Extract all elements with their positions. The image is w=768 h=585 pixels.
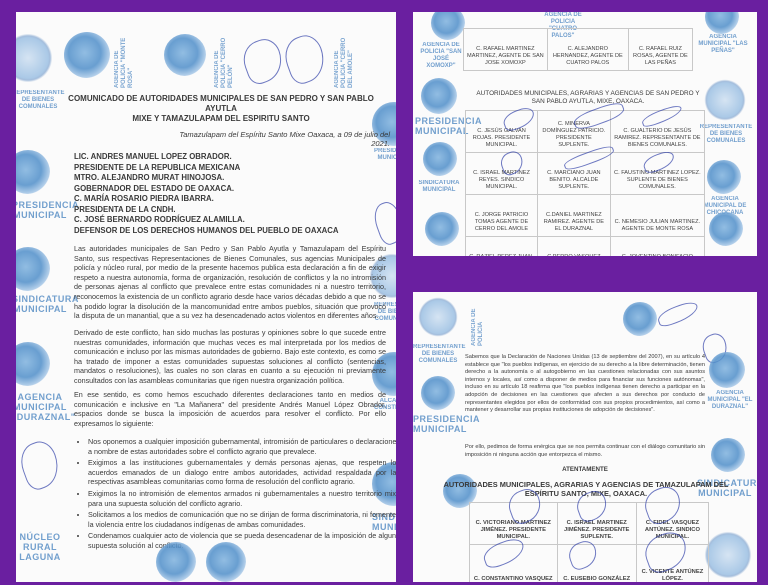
table-row: C. RAZIEL PEREZ JUAN. AGENTA DE CERRO PE… (466, 237, 705, 257)
table-row: C. JORGE PATRICIO TOMAS AGENTE DE CERRO … (466, 195, 705, 237)
signatures-page-ayutla: AGENCIA DE POLICIA "SAN JOSÉ XOMOXP" AGE… (413, 12, 757, 256)
document-date: Tamazulapam del Espíritu Santo Mixe Oaxa… (166, 130, 390, 148)
stamp-agencia-de-policia: AGENCIA DE POLICIA (471, 298, 485, 346)
signatory-cell: C.PEDRO VASQUEZ JIMENEZ. REP. NUCLEO LA … (538, 237, 611, 257)
list-item: Condenamos cualquier acto de violencia q… (88, 531, 396, 550)
paragraph: Las autoridades municipales de San Pedro… (74, 244, 386, 321)
signatory-cell: C. RAZIEL PEREZ JUAN. AGENTA DE CERRO PE… (466, 237, 538, 257)
stamp-presidencia-municipal: PRESIDENCIA MUNICIPAL (413, 414, 463, 434)
eagle-seal-icon (16, 150, 50, 194)
stamp-agencia-las-penas: AGENCIA MUNICIPAL "LAS PEÑAS" (697, 34, 749, 55)
signatories-heading: AUTORIDADES MUNICIPALES, AGRARIAS Y AGEN… (473, 90, 703, 106)
paragraph: Sabemos que la Declaración de Naciones U… (465, 354, 705, 415)
tierra-y-libertad-seal-icon (703, 78, 747, 122)
tierra-y-libertad-seal-icon (16, 32, 54, 84)
signature-mark (238, 35, 288, 87)
stamp-nucleo-rural-laguna: NÚCLEO RURAL LAGUNA (16, 532, 68, 562)
signatory-cell: C. JOVENTINO BONIFACIO LOPEZ. AGENTE DE … (610, 237, 704, 257)
communique-page-1: REPRESENTANTE DE BIENES COMUNALES PRESID… (16, 12, 396, 582)
eagle-seal-icon (431, 12, 465, 40)
eagle-seal-icon (709, 212, 743, 246)
stamp-agencia-duraznal: AGENCIA MUNICIPAL "EL DURAZNAL" (705, 390, 755, 411)
signature-mark (16, 437, 65, 493)
signatories-table: C. JESÚS GALVAN ROJAS. PRESIDENTE MUNICI… (465, 110, 705, 256)
signatory-cell: C. NEMESIO JULIAN MARTINEZ. AGENTE DE MO… (610, 195, 704, 237)
stamp-sindicatura: SINDICATURA MUNICIPAL (415, 180, 463, 194)
stamp-sindicatura-municipal: SINDICATURA MUNICIPAL (16, 294, 68, 314)
signatory-cell: C. RAFAEL MARTINEZ MARTINEZ, AGENTE DE S… (464, 29, 548, 71)
stamp-presidencia-municipal: PRESIDENCIA MUNICIPAL (16, 200, 68, 220)
eagle-seal-icon (707, 160, 741, 194)
bienes-comunales-seal-icon (703, 530, 753, 580)
tierra-y-libertad-seal-icon (417, 296, 459, 338)
demands-list: Nos oponemos a cualquier imposición gube… (74, 437, 396, 553)
eagle-seal-icon (164, 34, 206, 76)
eagle-seal-icon (16, 247, 50, 291)
eagle-seal-icon (64, 32, 110, 78)
eagle-seal-icon (206, 542, 246, 582)
paragraph: En ese sentido, es como hemos escuchado … (74, 390, 386, 428)
signature-mark (370, 199, 396, 247)
signatory-cell: C.DANIEL MARTINEZ RAMIREZ. AGENTE DE EL … (538, 195, 611, 237)
stamp-agencia-cerro-pelon: AGENCIA DE POLICIA "CERRO PELÓN" (214, 30, 235, 88)
list-item: Exigimos la no intromisión de elementos … (88, 489, 396, 508)
signatory-cell: C. RAFAEL RUIZ ROSAS, AGENTE DE LAS PEÑA… (628, 29, 692, 71)
signatory-cell: C. ALEJANDRO HERNANDEZ, AGENTE DE CUATRO… (547, 29, 628, 71)
eagle-seal-icon (421, 376, 455, 410)
stamp-agencia-cerro-amole: AGENCIA DE POLICIA "CERRO DEL AMOLE" (334, 30, 355, 88)
eagle-seal-icon (421, 78, 457, 114)
addressee-block: LIC. ANDRES MANUEL LOPEZ OBRADOR. PRESID… (74, 152, 339, 236)
paragraph: Por ello, pedimos de forma enérgica que … (465, 444, 705, 459)
signatory-cell: C. JORGE PATRICIO TOMAS AGENTE DE CERRO … (466, 195, 538, 237)
list-item: Exigimos a las instituciones gubernament… (88, 458, 396, 487)
paragraph: Derivado de este conflicto, han sido muc… (74, 328, 386, 386)
stamp-bienes-comunales: REPRESENTANTE DE BIENES COMUNALES (413, 344, 463, 365)
eagle-seal-icon (711, 438, 745, 472)
stamp-presidencia-municipal: PRESIDENCIA MUNICIPAL (415, 116, 463, 136)
stamp-presidencia-municipal-right: PRESIDENCIA MUNICIPAL (374, 148, 396, 162)
stamp-agencia-san-jose: AGENCIA DE POLICIA "SAN JOSÉ XOMOXP" (419, 42, 463, 70)
eagle-seal-icon (16, 342, 50, 386)
eagle-seal-icon (423, 142, 457, 176)
signature-mark (656, 299, 701, 328)
signatures-page-tamazulapam: AGENCIA DE POLICIA REPRESENTANTE DE BIEN… (413, 292, 757, 582)
list-item: Nos oponemos a cualquier imposición gube… (88, 437, 396, 456)
eagle-seal-icon (156, 542, 196, 582)
signature-mark (279, 31, 330, 87)
stamp-agencia-duraznal: AGENCIA MUNICIPAL "DURAZNAL" (16, 392, 68, 422)
stamp-agencia-monte-rosa: AGENCIA DE POLICIA "MONTE ROSA" (114, 30, 135, 88)
document-title: COMUNICADO DE AUTORIDADES MUNICIPALES DE… (56, 94, 386, 124)
list-item: Solicitamos a los medios de comunicación… (88, 510, 396, 529)
agents-signature-row: C. RAFAEL MARTINEZ MARTINEZ, AGENTE DE S… (463, 28, 693, 71)
eagle-seal-icon (623, 302, 657, 336)
closing: ATENTAMENTE (465, 466, 705, 473)
eagle-seal-icon (709, 352, 745, 388)
eagle-seal-icon (425, 212, 459, 246)
eagle-seal-icon (705, 12, 739, 34)
stamp-bienes-comunales: REPRESENTANTE DE BIENES COMUNALES (699, 124, 753, 145)
